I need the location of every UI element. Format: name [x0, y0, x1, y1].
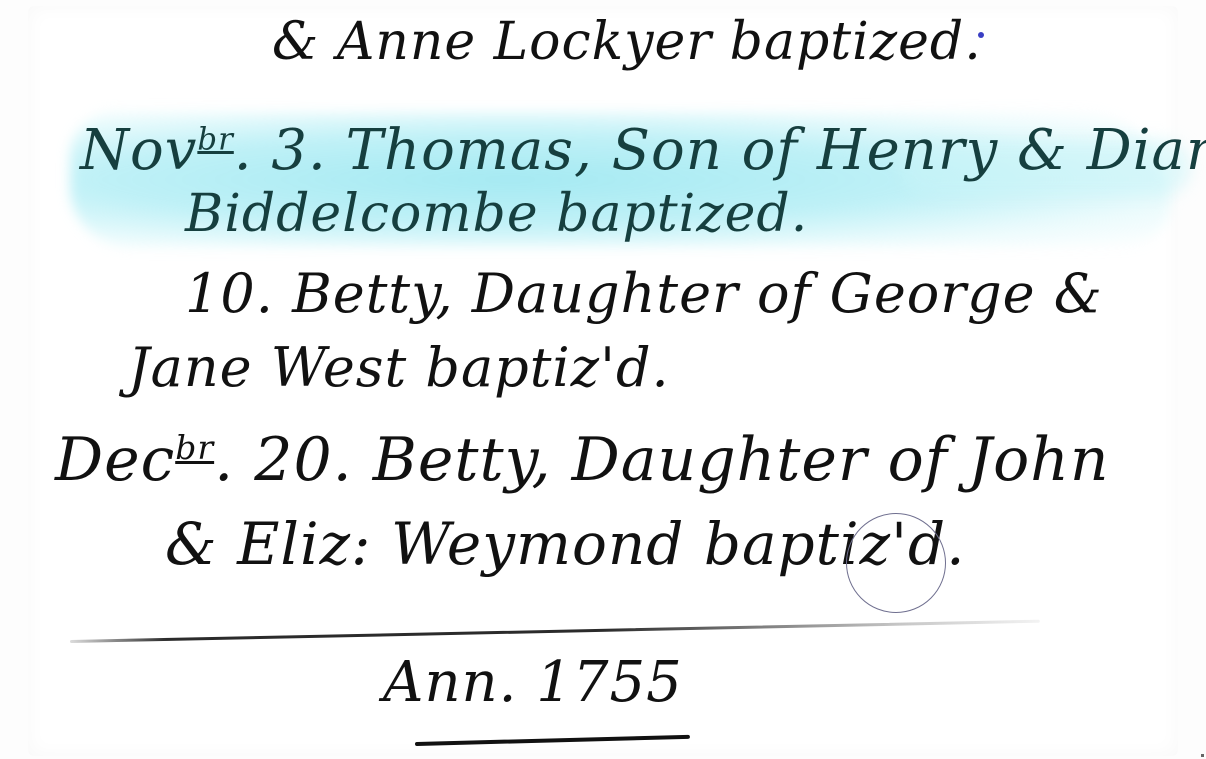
entry-text: Betty, Daughter of George & [292, 262, 1103, 325]
cursor-ring-icon [846, 513, 946, 613]
entry-continuation-line: & Anne Lockyer baptized. [272, 12, 982, 72]
corner-mark [1201, 754, 1204, 757]
entry-text: Biddelcombe baptized. [185, 184, 808, 244]
year-heading-label: Ann. [383, 650, 517, 715]
document-viewer: & Anne Lockyer baptized. Novbr. 3. Thoma… [0, 0, 1206, 759]
entry-dec-20-line-1: Decbr. 20. Betty, Daughter of John [55, 425, 1109, 495]
entry-text: Jane West baptiz'd. [128, 336, 670, 399]
entry-text: & Anne Lockyer baptized. [272, 12, 982, 72]
year-heading: Ann. 1755 [383, 650, 683, 715]
cursor-dot-icon [978, 32, 984, 38]
year-heading-year: 1755 [536, 650, 683, 715]
entry-month: Dec [55, 425, 175, 495]
entry-month: Nov [80, 118, 197, 183]
entry-nov-3-line-2: Biddelcombe baptized. [185, 184, 808, 244]
entry-day: 10. [185, 262, 274, 325]
entry-month-superscript: br [175, 428, 214, 467]
entry-text: Betty, Daughter of John [373, 425, 1110, 495]
entry-day: 20. [254, 425, 352, 495]
entry-nov-10-line-1: 10. Betty, Daughter of George & [185, 262, 1103, 325]
entry-nov-3-line-1: Novbr. 3. Thomas, Son of Henry & Diana [80, 118, 1206, 183]
entry-month-superscript: br [197, 121, 233, 157]
entry-nov-10-line-2: Jane West baptiz'd. [128, 336, 670, 399]
entry-text: Thomas, Son of Henry & Diana [346, 118, 1206, 183]
entry-day: 3. [271, 118, 326, 183]
